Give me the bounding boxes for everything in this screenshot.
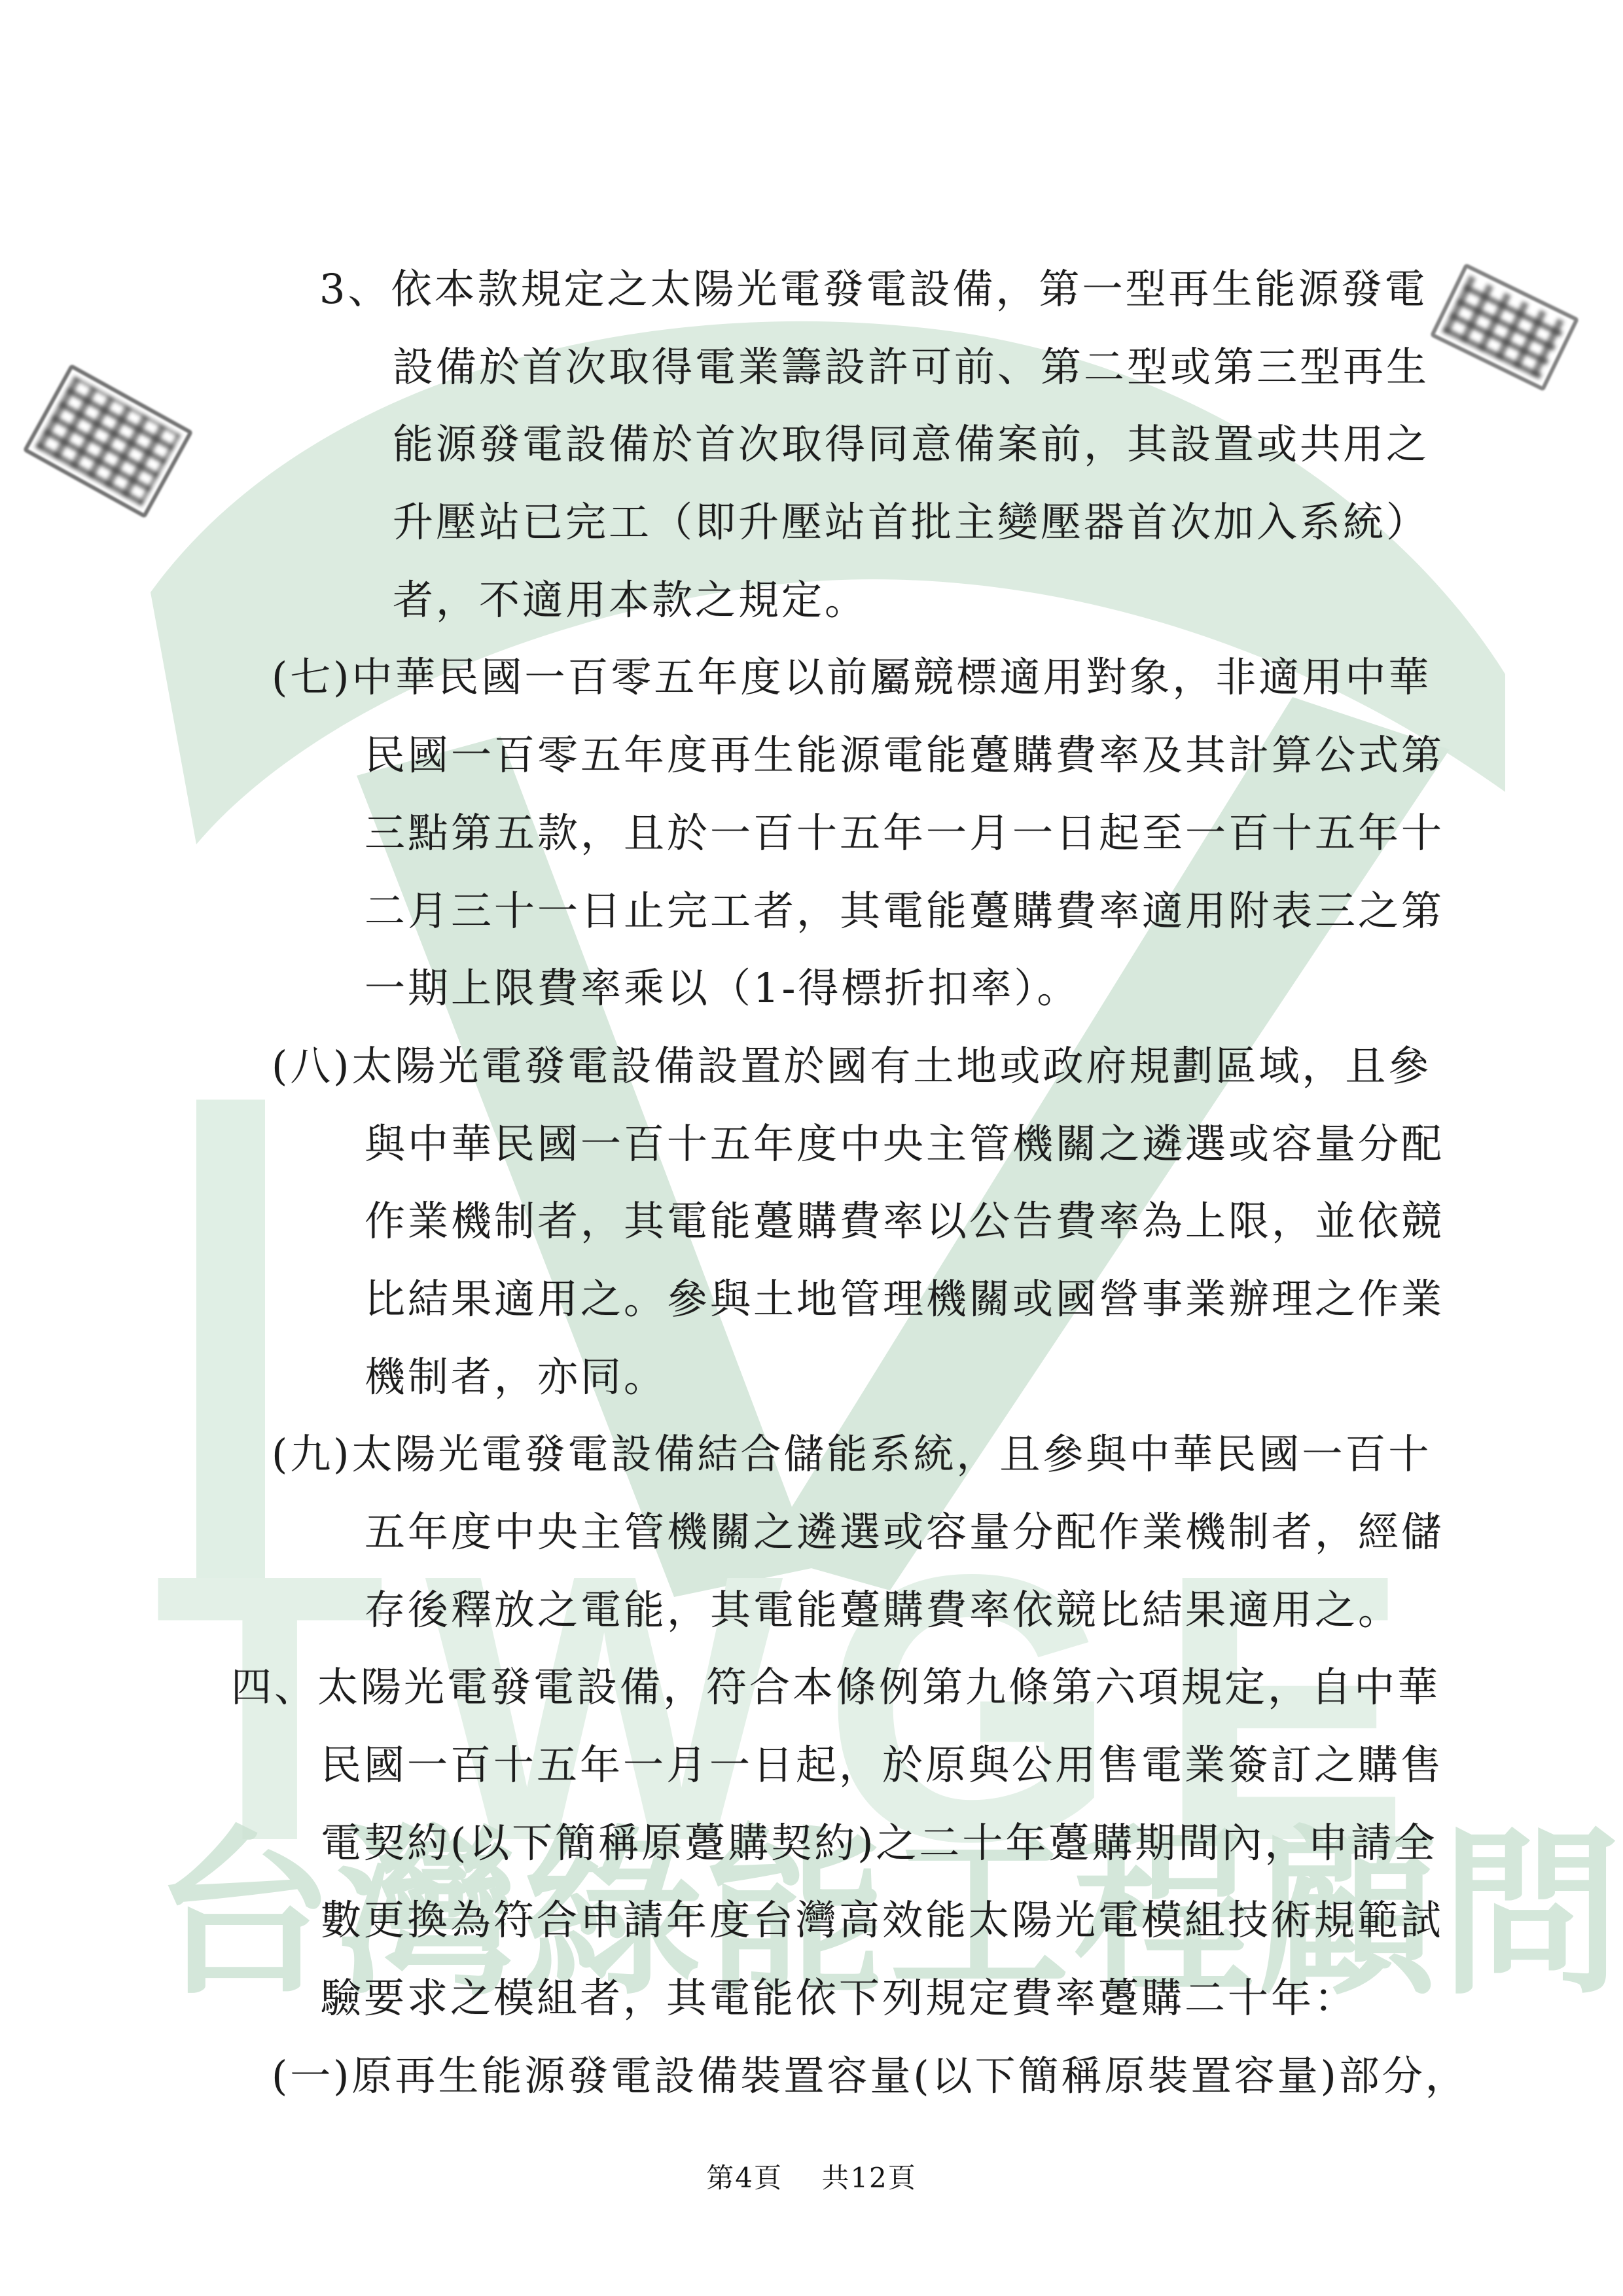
page-total-label: 共12頁 — [821, 2162, 916, 2194]
text-line: 與中華民國一百十五年度中央主管機關之遴選或容量分配 — [365, 1105, 1623, 1183]
text-line: 民國一百零五年度再生能源電能躉購費率及其計算公式第 — [365, 717, 1623, 795]
text-line: 民國一百十五年一月一日起，於原與公用售電業簽訂之購售 — [321, 1727, 1623, 1804]
text-lines: 3、依本款規定之太陽光電發電設備，第一型再生能源發電設備於首次取得電業籌設許可前… — [0, 251, 1623, 2115]
text-line: 二月三十一日止完工者，其電能躉購費率適用附表三之第 — [365, 872, 1623, 950]
text-line: 者，不適用本款之規定。 — [393, 562, 1623, 639]
document-page: TWGE 台灣綠能工程顧問 3、依本款規定之太陽光電發電設備，第一型再生能源發電… — [0, 0, 1623, 2296]
text-line: 能源發電設備於首次取得同意備案前，其設置或共用之 — [393, 406, 1623, 484]
text-line: 比結果適用之。參與土地管理機關或國營事業辦理之作業 — [365, 1261, 1623, 1338]
text-line: 驗要求之模組者，其電能依下列規定費率躉購二十年： — [321, 1960, 1623, 2037]
text-line: 存後釋放之電能，其電能躉購費率依競比結果適用之。 — [365, 1571, 1623, 1649]
text-line: 五年度中央主管機關之遴選或容量分配作業機制者，經儲 — [365, 1494, 1623, 1571]
text-line: 升壓站已完工（即升壓站首批主變壓器首次加入系統） — [393, 484, 1623, 562]
text-line: 三點第五款，且於一百十五年一月一日起至一百十五年十 — [365, 795, 1623, 872]
text-line: (八)太陽光電發電設備設置於國有土地或政府規劃區域，且參 — [272, 1028, 1623, 1105]
text-line: (九)太陽光電發電設備結合儲能系統，且參與中華民國一百十 — [272, 1416, 1623, 1494]
text-line: (七)中華民國一百零五年度以前屬競標適用對象，非適用中華 — [272, 639, 1623, 717]
page-number-label: 第4頁 — [706, 2162, 783, 2194]
text-line: 電契約(以下簡稱原躉購契約)之二十年躉購期間內，申請全 — [321, 1804, 1623, 1882]
text-line: 四、太陽光電發電設備，符合本條例第九條第六項規定，自中華 — [231, 1649, 1623, 1727]
text-line: (一)原再生能源發電設備裝置容量(以下簡稱原裝置容量)部分， — [272, 2037, 1623, 2115]
page-footer: 第4頁 共12頁 — [0, 2157, 1623, 2196]
text-line: 數更換為符合申請年度台灣高效能太陽光電模組技術規範試 — [321, 1882, 1623, 1960]
text-line: 一期上限費率乘以（1-得標折扣率）。 — [365, 950, 1623, 1028]
text-line: 機制者，亦同。 — [365, 1338, 1623, 1416]
text-line: 3、依本款規定之太陽光電發電設備，第一型再生能源發電 — [319, 251, 1623, 329]
text-line: 作業機制者，其電能躉購費率以公告費率為上限，並依競 — [365, 1183, 1623, 1261]
